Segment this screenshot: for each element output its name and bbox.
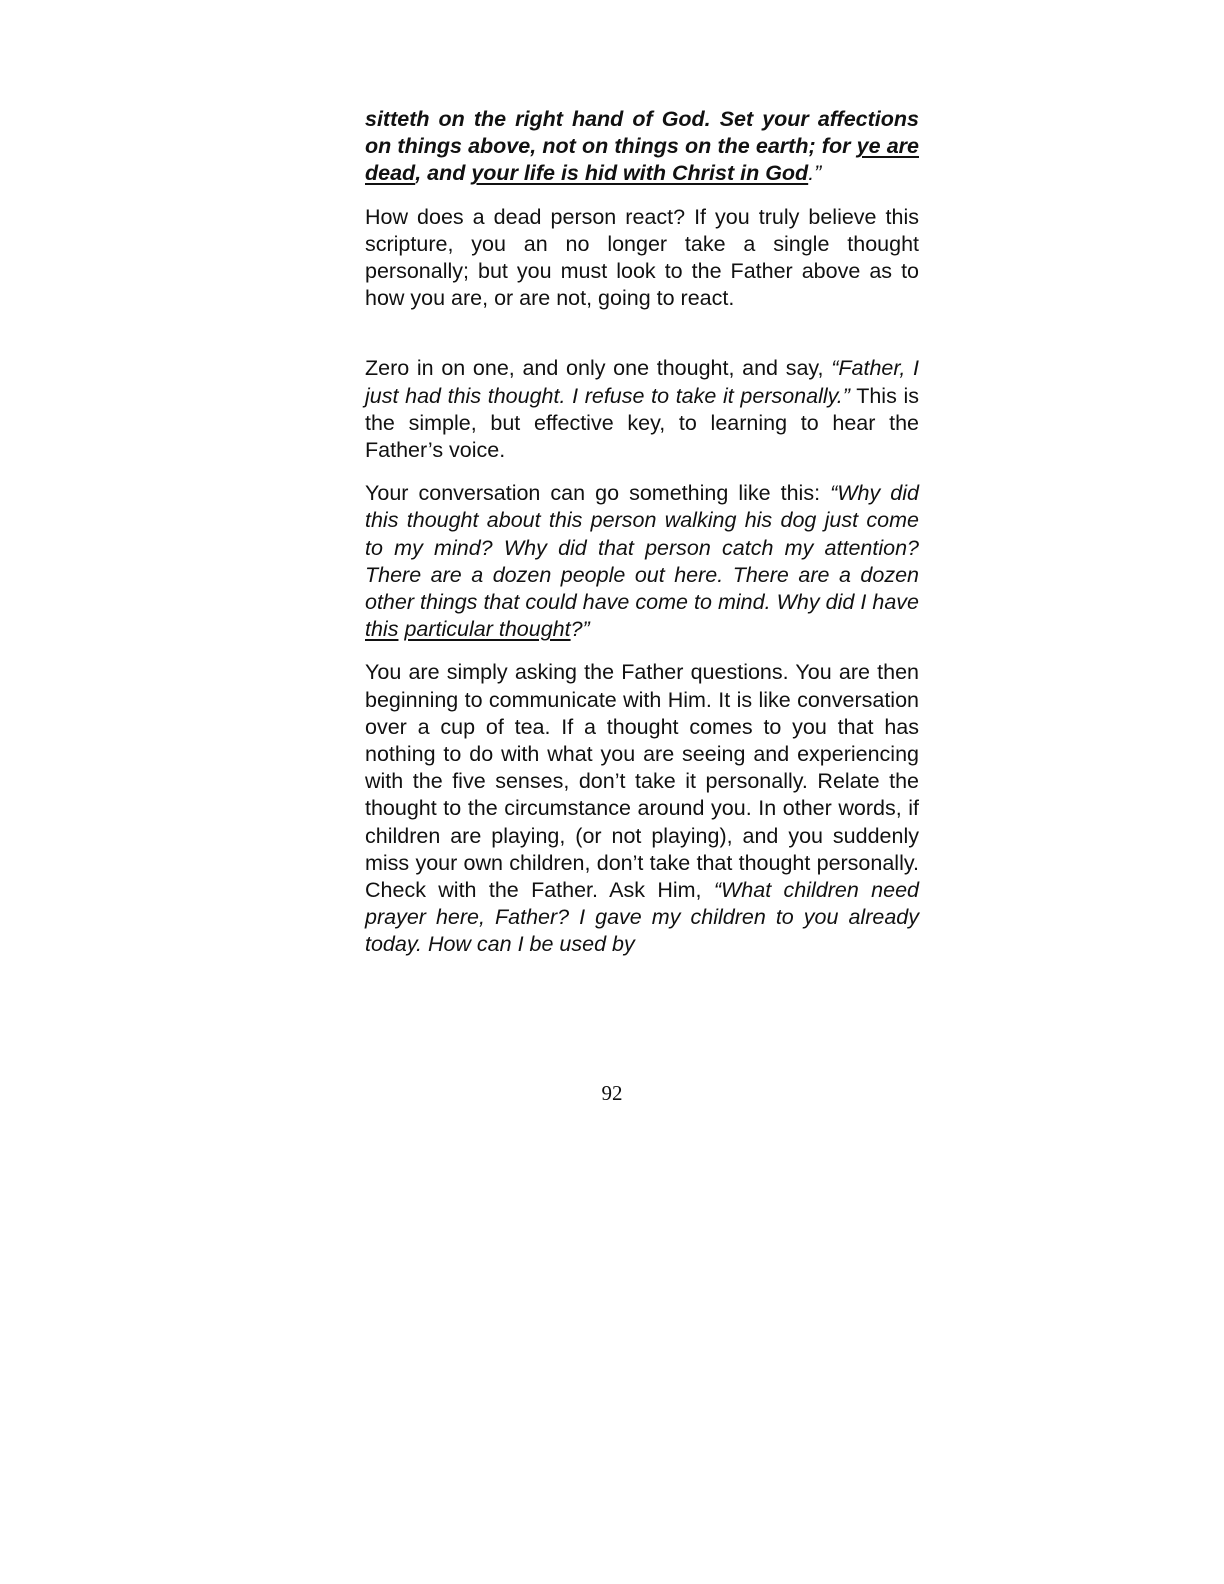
page-number: 92 [0,1081,1224,1106]
emphasized-word: this [365,617,398,641]
page-body: sitteth on the right hand of God. Set yo… [365,106,919,975]
verse-underlined-phrase: your life is hid with Christ in God [471,161,808,185]
paragraph-text: You are simply asking the Father questio… [365,660,919,902]
paragraph-asking-questions: You are simply asking the Father questio… [365,659,919,958]
scripture-verse: sitteth on the right hand of God. Set yo… [365,106,919,188]
paragraph-text: Your conversation can go something like … [365,481,830,505]
verse-closing: .” [808,161,821,185]
verse-text: , and [415,161,471,185]
paragraph-text: Zero in on one, and only one thought, an… [365,356,831,380]
quoted-conversation: ?” [571,617,590,641]
emphasized-phrase: particular thought [404,617,570,641]
spacer [365,328,919,355]
verse-text: sitteth on the right hand of God. Set yo… [365,107,919,158]
paragraph-text: How does a dead person react? If you tru… [365,205,919,311]
paragraph-zero-in: Zero in on one, and only one thought, an… [365,355,919,464]
paragraph-dead-person: How does a dead person react? If you tru… [365,204,919,313]
paragraph-conversation: Your conversation can go something like … [365,480,919,643]
